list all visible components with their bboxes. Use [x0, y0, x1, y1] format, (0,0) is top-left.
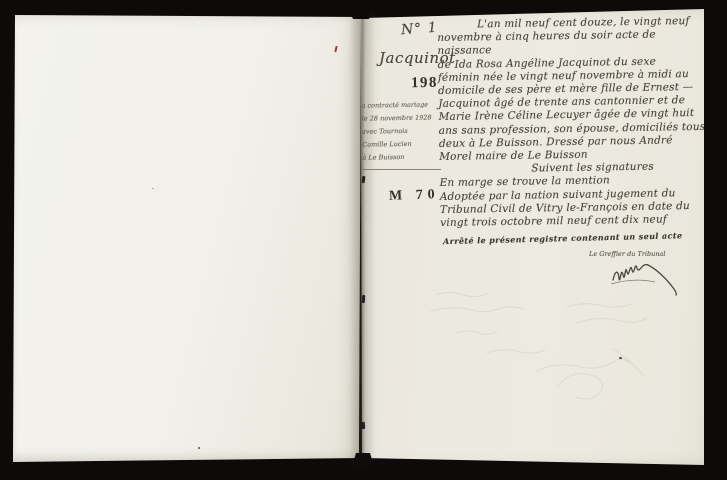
margin-note-line: le 28 novembre 1928	[362, 111, 442, 125]
right-page-act: N° 1 Jacquinot 198 a contracté mariage l…	[361, 9, 704, 465]
paper-speck	[198, 447, 200, 449]
margin-note-line: à Le Buisson	[362, 150, 442, 164]
margin-marriage-note: a contracté mariage le 28 novembre 1928 …	[361, 98, 442, 164]
scanned-register-spread: N° 1 Jacquinot 198 a contracté mariage l…	[0, 0, 727, 480]
left-page-blank	[13, 14, 361, 462]
act-body-text: L'an mil neuf cent douze, le vingt neuf …	[437, 15, 714, 231]
binding-crease	[362, 12, 363, 460]
binding-stitch	[361, 422, 366, 429]
greffier-label: Le Greffier du Tribunal	[589, 250, 666, 258]
page-number-stamp: 198	[411, 75, 438, 92]
register-closing-note: Arrêté le présent registre contenant un …	[443, 230, 698, 246]
act-number: N° 1	[400, 20, 438, 39]
margin-divider-line	[363, 169, 441, 170]
paper-speck	[619, 357, 622, 359]
binding-stitch	[362, 295, 366, 303]
paper-speck	[152, 188, 154, 189]
bleed-through-ghost-text	[417, 237, 707, 417]
clerk-signature-scribble	[607, 254, 687, 298]
classification-stamp: M 70	[389, 187, 440, 205]
